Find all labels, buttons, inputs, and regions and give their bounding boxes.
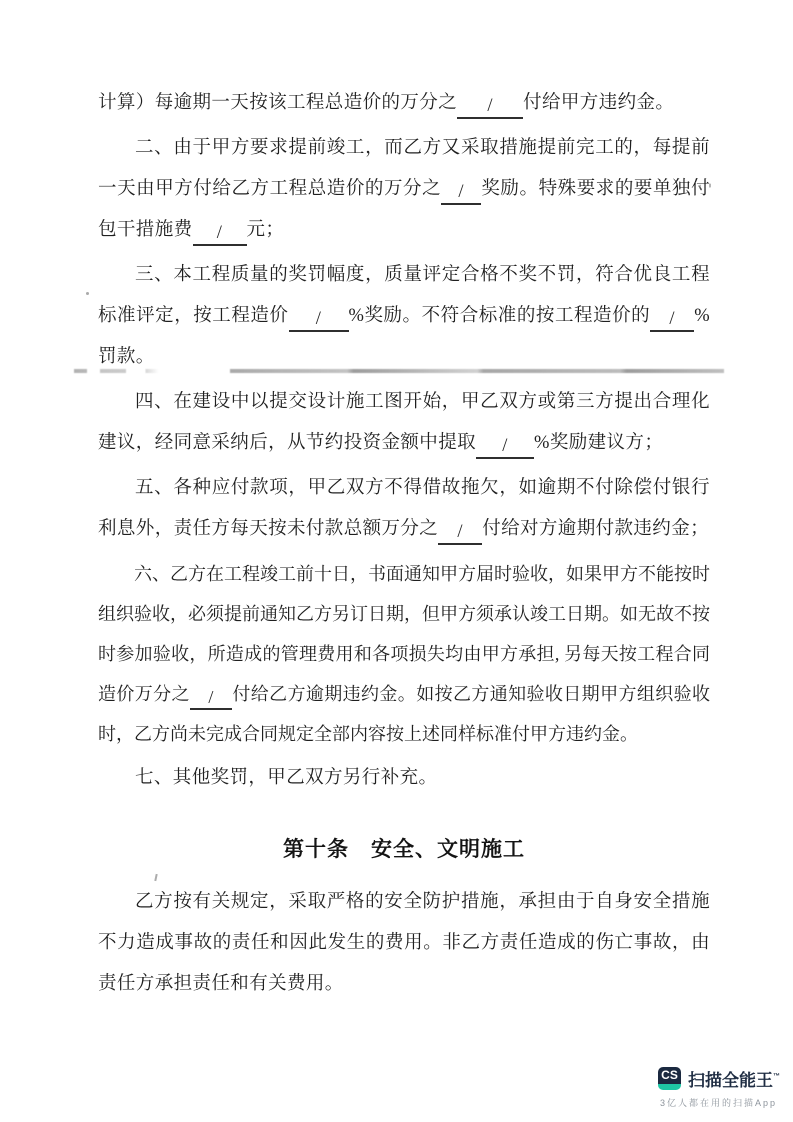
contract-clause-6: 六、乙方在工程竣工前十日，书面通知甲方届时验收，如果甲方不能按时组织验收，必须提… bbox=[98, 554, 710, 754]
clause-text: 计算）每逾期一天按该工程总造价的万分之 bbox=[98, 93, 457, 113]
scanned-contract-page: 计算）每逾期一天按该工程总造价的万分之/付给甲方违约金。二、由于甲方要求提前竣工… bbox=[0, 0, 793, 1122]
fill-in-blank: / bbox=[289, 309, 349, 332]
clause-text: 元； bbox=[247, 220, 285, 240]
fill-in-blank: / bbox=[190, 687, 232, 710]
camscanner-app-name: 扫描全能王™ bbox=[688, 1065, 780, 1092]
trademark-symbol: ™ bbox=[773, 1073, 780, 1080]
fill-in-blank: / bbox=[457, 96, 523, 119]
fill-in-blank: / bbox=[441, 182, 481, 205]
clause-text: %奖励。不符合标准的按工程造价的 bbox=[349, 306, 651, 326]
contract-body: 计算）每逾期一天按该工程总造价的万分之/付给甲方违约金。二、由于甲方要求提前竣工… bbox=[98, 83, 710, 1009]
clause-text: 七、其他奖罚，甲乙双方另行补充。 bbox=[135, 768, 437, 788]
section-heading: 第十条 安全、文明施工 bbox=[98, 829, 710, 870]
fill-in-blank: / bbox=[650, 309, 694, 332]
camscanner-logo-row: CS 扫描全能王™ bbox=[658, 1065, 780, 1092]
camscanner-tagline: 3亿人都在用的扫描App bbox=[658, 1096, 780, 1109]
clause-text: %奖励建议方； bbox=[534, 433, 663, 453]
scan-smudge-artifact bbox=[74, 369, 724, 373]
clause-text: 付给对方逾期付款违约金； bbox=[482, 519, 709, 539]
camscanner-watermark: CS 扫描全能王™ 3亿人都在用的扫描App bbox=[658, 1065, 780, 1109]
contract-clause-3: 三、本工程质量的奖罚幅度，质量评定合格不奖不罚，符合优良工程标准评定，按工程造价… bbox=[98, 255, 710, 378]
contract-clause-1: 计算）每逾期一天按该工程总造价的万分之/付给甲方违约金。 bbox=[98, 83, 710, 124]
contract-clause-2: 二、由于甲方要求提前竣工，而乙方又采取措施提前完工的，每提前一天由甲方付给乙方工… bbox=[98, 128, 710, 251]
fill-in-blank: / bbox=[193, 223, 247, 246]
contract-clause-7: 七、其他奖罚，甲乙双方另行补充。 bbox=[98, 758, 710, 799]
contract-clause-4: 四、在建设中以提交设计施工图开始，甲乙双方或第三方提出合理化建议，经同意采纳后，… bbox=[98, 382, 710, 464]
camscanner-logo-icon: CS bbox=[658, 1067, 681, 1090]
clause-text: 付给甲方违约金。 bbox=[523, 93, 674, 113]
contract-clause-9: 乙方按有关规定，采取严格的安全防护措施，承担由于自身安全措施不力造成事故的责任和… bbox=[98, 882, 710, 1005]
clause-text: 乙方按有关规定，采取严格的安全防护措施，承担由于自身安全措施不力造成事故的责任和… bbox=[98, 892, 710, 994]
scan-noise-artifact bbox=[86, 292, 89, 295]
fill-in-blank: / bbox=[438, 522, 482, 545]
clause-text: 六、乙方在工程竣工前十日，书面通知甲方届时验收，如果甲方不能按时组织验收，必须提… bbox=[98, 564, 710, 704]
contract-clause-5: 五、各种应付款项，甲乙双方不得借故拖欠，如逾期不付除偿付银行利息外，责任方每天按… bbox=[98, 468, 710, 550]
fill-in-blank: / bbox=[476, 436, 534, 459]
